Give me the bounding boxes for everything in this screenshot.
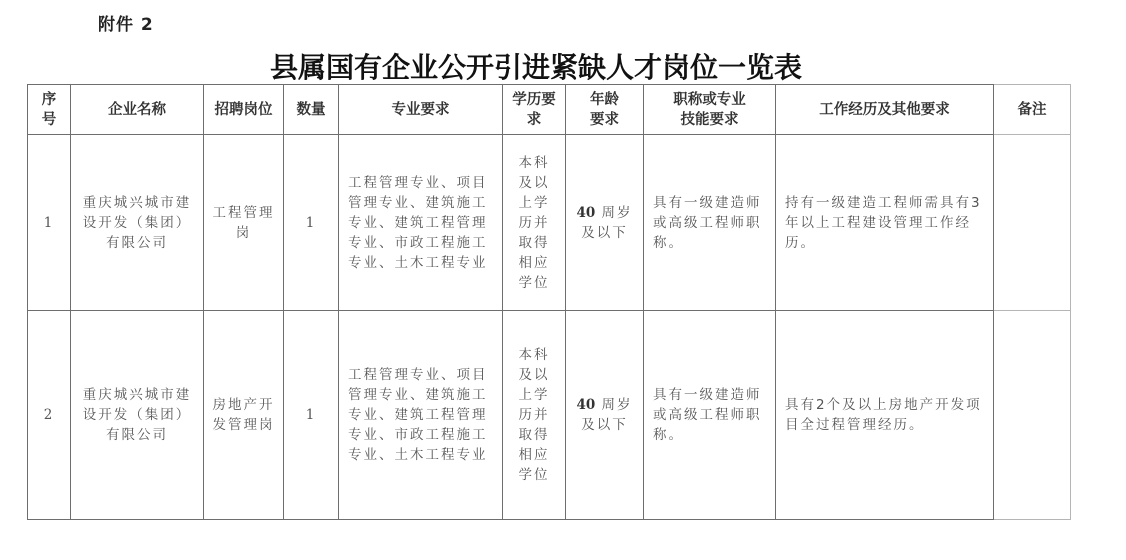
header-label: 企业名称 xyxy=(108,102,166,118)
cell-seq: 1 xyxy=(28,135,71,311)
header-seq: 序 号 xyxy=(28,85,71,135)
header-label: 职称或专业 技能要求 xyxy=(673,92,746,128)
cell-experience: 持有一级建造工程师需具有3年以上工程建设管理工作经历。 xyxy=(776,135,994,311)
header-label: 备注 xyxy=(1018,102,1047,118)
cell-remark xyxy=(994,135,1071,311)
cell-age: 40 周岁及以下 xyxy=(566,135,644,311)
post-text: 房地产开发管理岗 xyxy=(204,395,283,435)
header-post: 招聘岗位 xyxy=(204,85,284,135)
header-label: 序 号 xyxy=(42,92,57,128)
age-number: 40 xyxy=(576,205,595,221)
header-major: 专业要求 xyxy=(339,85,503,135)
job-positions-table: 序 号 企业名称 招聘岗位 数量 专业要求 学历要 求 年龄 要求 职称或专业 … xyxy=(27,84,1071,520)
header-label: 数量 xyxy=(297,102,326,118)
cell-post: 工程管理岗 xyxy=(204,135,284,311)
post-text: 工程管理岗 xyxy=(204,203,283,243)
education-text: 本科及以上学历并取得相应学位 xyxy=(503,153,565,293)
header-label: 工作经历及其他要求 xyxy=(819,102,950,118)
document-title: 县属国有企业公开引进紧缺人才岗位一览表 xyxy=(270,46,870,86)
cell-title-skill: 具有一级建造师或高级工程师职称。 xyxy=(644,311,776,520)
age-number: 40 xyxy=(576,397,595,413)
cell-experience: 具有2个及以上房地产开发项目全过程管理经历。 xyxy=(776,311,994,520)
header-label: 年龄 要求 xyxy=(590,92,619,128)
company-text: 重庆城兴城市建设开发（集团）有限公司 xyxy=(71,385,203,445)
header-education: 学历要 求 xyxy=(503,85,566,135)
cell-company: 重庆城兴城市建设开发（集团）有限公司 xyxy=(71,135,204,311)
cell-post: 房地产开发管理岗 xyxy=(204,311,284,520)
cell-education: 本科及以上学历并取得相应学位 xyxy=(503,135,566,311)
header-label: 专业要求 xyxy=(392,102,450,118)
education-text: 本科及以上学历并取得相应学位 xyxy=(503,345,565,485)
cell-major: 工程管理专业、项目管理专业、建筑施工专业、建筑工程管理专业、市政工程施工专业、土… xyxy=(339,311,503,520)
cell-title-skill: 具有一级建造师或高级工程师职称。 xyxy=(644,135,776,311)
header-experience: 工作经历及其他要求 xyxy=(776,85,994,135)
cell-remark xyxy=(994,311,1071,520)
attachment-label: 附件 2 xyxy=(98,10,154,35)
header-remark: 备注 xyxy=(994,85,1071,135)
header-label: 招聘岗位 xyxy=(215,102,273,118)
header-count: 数量 xyxy=(284,85,339,135)
header-age: 年龄 要求 xyxy=(566,85,644,135)
header-label: 学历要 求 xyxy=(512,92,556,128)
cell-seq: 2 xyxy=(28,311,71,520)
header-company: 企业名称 xyxy=(71,85,204,135)
cell-company: 重庆城兴城市建设开发（集团）有限公司 xyxy=(71,311,204,520)
cell-count: 1 xyxy=(284,311,339,520)
table-row: 2 重庆城兴城市建设开发（集团）有限公司 房地产开发管理岗 1 工程管理专业、项… xyxy=(28,311,1071,520)
cell-education: 本科及以上学历并取得相应学位 xyxy=(503,311,566,520)
cell-age: 40 周岁及以下 xyxy=(566,311,644,520)
table-row: 1 重庆城兴城市建设开发（集团）有限公司 工程管理岗 1 工程管理专业、项目管理… xyxy=(28,135,1071,311)
table-header-row: 序 号 企业名称 招聘岗位 数量 专业要求 学历要 求 年龄 要求 职称或专业 … xyxy=(28,85,1071,135)
header-title-skill: 职称或专业 技能要求 xyxy=(644,85,776,135)
cell-major: 工程管理专业、项目管理专业、建筑施工专业、建筑工程管理专业、市政工程施工专业、土… xyxy=(339,135,503,311)
company-text: 重庆城兴城市建设开发（集团）有限公司 xyxy=(71,193,203,253)
cell-count: 1 xyxy=(284,135,339,311)
